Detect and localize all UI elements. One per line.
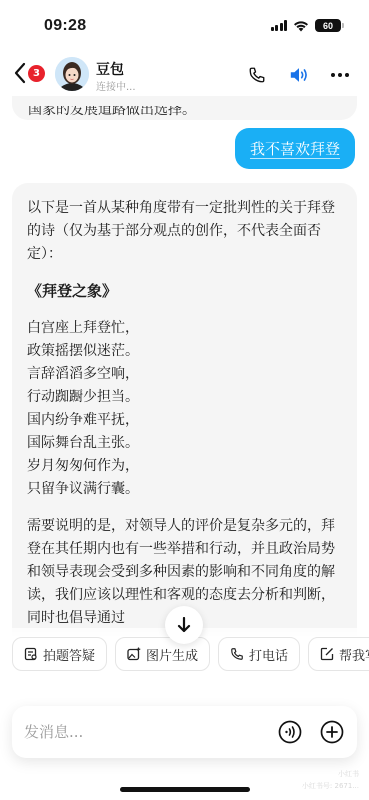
back-icon [14, 62, 26, 84]
poem-line: 国内纷争难平抚， [27, 409, 342, 432]
wifi-icon [293, 20, 309, 32]
quick-action-help-write[interactable]: 帮我写 [308, 637, 369, 671]
quick-action-call[interactable]: 打电话 [218, 637, 300, 671]
poem-line: 岁月匆匆何作为， [27, 455, 342, 478]
add-attachment-button[interactable] [320, 720, 344, 744]
edit-icon [320, 647, 334, 661]
call-button[interactable] [246, 64, 268, 86]
avatar-icon [55, 57, 89, 91]
poem-body: 白宫座上拜登忙， 政策摇摆似迷茫。 言辞滔滔多空响， 行动踟蹰少担当。 国内纷争… [27, 317, 342, 501]
image-generate-icon [127, 647, 141, 661]
more-button[interactable] [329, 64, 351, 86]
phone-icon [230, 647, 244, 661]
bot-reply-intro: 以下是一首从某种角度带有一定批判性的关于拜登的诗（仅为基于部分观点的创作，不代表… [27, 197, 342, 266]
watermark-line-1: 小红书 [302, 768, 359, 780]
user-message-bubble[interactable]: 我不喜欢拜登 [235, 128, 355, 169]
arrow-down-icon [177, 617, 191, 633]
connection-status: 连接中... [96, 78, 136, 93]
previous-message-text: 国家的发展道路做出选择。 [28, 100, 196, 120]
poem-line: 白宫座上拜登忙， [27, 317, 342, 340]
bot-reply-bubble: 以下是一首从某种角度带有一定批判性的关于拜登的诗（仅为基于部分观点的创作，不代表… [12, 183, 357, 636]
photo-question-icon [24, 647, 38, 661]
phone-icon [248, 66, 266, 84]
quick-action-label: 图片生成 [146, 645, 198, 664]
message-composer [12, 706, 357, 758]
status-bar: 09:28 60 [0, 0, 369, 50]
quick-action-image-generate[interactable]: 图片生成 [115, 637, 210, 671]
poem-title: 《拜登之象》 [27, 280, 342, 303]
watermark-line-2: 小红书号: 2671... [302, 780, 359, 792]
speaker-icon [288, 65, 310, 85]
bot-name: 豆包 [96, 59, 124, 79]
quick-action-photo-question[interactable]: 拍题答疑 [12, 637, 107, 671]
chat-header: 3 豆包 连接中... [0, 54, 369, 96]
more-icon [330, 72, 350, 78]
poem-line: 言辞滔滔多空响， [27, 363, 342, 386]
back-button[interactable] [14, 62, 26, 88]
plus-circle-icon [320, 720, 344, 744]
signal-icon [271, 20, 288, 31]
voice-input-button[interactable] [278, 720, 302, 744]
poem-line: 只留争议满行囊。 [27, 478, 342, 501]
speaker-button[interactable] [288, 64, 310, 86]
quick-action-label: 打电话 [249, 645, 288, 664]
message-input[interactable] [24, 719, 264, 745]
user-message-text: 我不喜欢拜登 [250, 138, 340, 159]
battery-icon: 60 [315, 19, 341, 32]
poem-line: 政策摇摆似迷茫。 [27, 340, 342, 363]
poem-line: 国际舞台乱主张。 [27, 432, 342, 455]
avatar[interactable] [55, 57, 89, 91]
scroll-to-bottom-button[interactable] [165, 606, 203, 644]
poem-line: 行动踟蹰少担当。 [27, 386, 342, 409]
previous-bot-message: 国家的发展道路做出选择。 [12, 96, 357, 120]
chat-scroll-area[interactable]: 国家的发展道路做出选择。 我不喜欢拜登 以下是一首从某种角度带有一定批判性的关于… [0, 96, 369, 636]
status-time: 09:28 [44, 17, 86, 35]
quick-action-label: 拍题答疑 [43, 645, 95, 664]
quick-action-label: 帮我写 [339, 645, 369, 664]
unread-badge: 3 [28, 65, 45, 82]
status-icons: 60 [271, 19, 342, 32]
home-indicator[interactable] [120, 787, 250, 792]
voice-wave-icon [278, 720, 302, 744]
watermark: 小红书 小红书号: 2671... [302, 768, 359, 792]
